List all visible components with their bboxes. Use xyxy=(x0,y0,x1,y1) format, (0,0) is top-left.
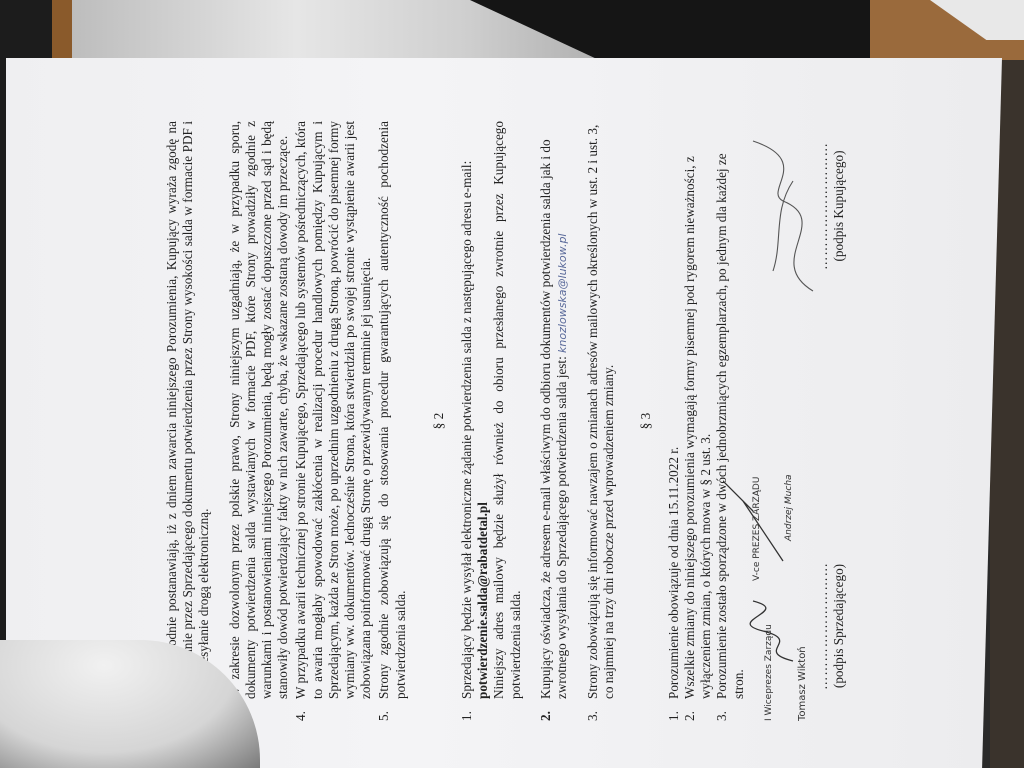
signature-area: I Wiceprezes Zarządu Tomasz Wiktoń V-ce … xyxy=(753,121,903,721)
buyer-signature-block: ……………………… (podpis Kupującego) xyxy=(815,131,847,281)
background-wood xyxy=(52,0,72,60)
buyer-email-handwritten: knozlowska@lukow.pl xyxy=(556,234,569,353)
section3-item: 1. Porozumienie obowiązuje od dnia 15.11… xyxy=(666,121,682,721)
section2-item-2: 2. Kupujący oświadcza, że adresem e-mail… xyxy=(538,121,571,721)
section2-heading: § 2 xyxy=(431,121,447,721)
section3-item: 2. Wszelkie zmiany do niniejszego porozu… xyxy=(682,121,714,721)
section1-item: 4. W przypadku awarii technicznej po str… xyxy=(293,121,374,721)
section1-item: 2. Strony zgodnie postanawiają, iż z dni… xyxy=(164,121,213,721)
section2-item-1: 1. Sprzedający będzie wysyłał elektronic… xyxy=(459,121,524,721)
section1-list: 2. Strony zgodnie postanawiają, iż z dni… xyxy=(164,121,409,721)
section1-item: 5. Strony zgodnie zobowiązują się do sto… xyxy=(376,121,408,721)
seller-signature-block: ……………………… (podpis Sprzedającego) xyxy=(815,551,847,701)
section2-item-3: 3. Strony zobowiązują się informować naw… xyxy=(585,121,617,721)
seller-email: potwierdzenie.salda@rabatdetal.pl xyxy=(475,502,490,699)
seller-signature-icon xyxy=(723,461,813,681)
section3-heading: § 3 xyxy=(638,121,654,721)
section1-item: 3. W zakresie dozwolonym przez polskie p… xyxy=(227,121,292,721)
